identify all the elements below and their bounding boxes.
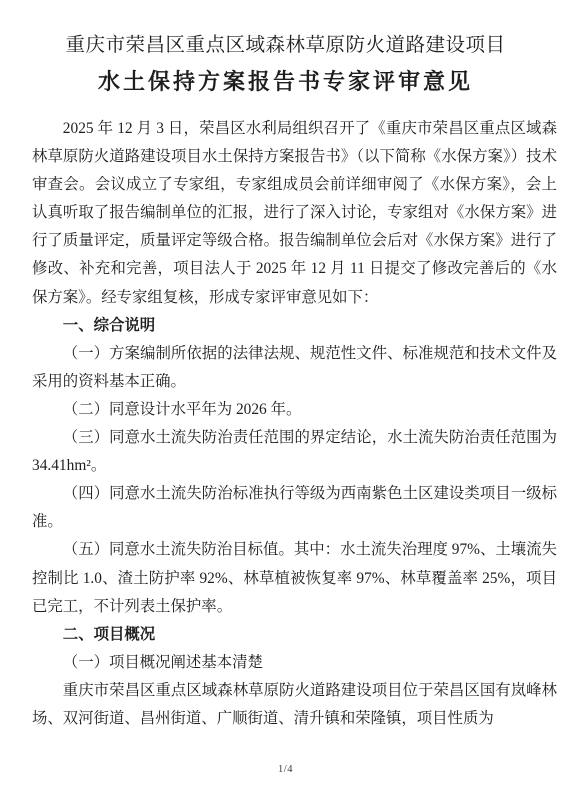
page-number: 1/4 [0,764,571,775]
document-body: 2025 年 12 月 3 日，荣昌区水利局组织召开了《重庆市荣昌区重点区域森林… [0,115,571,733]
paragraph-intro: 2025 年 12 月 3 日，荣昌区水利局组织召开了《重庆市荣昌区重点区域森林… [32,115,557,312]
item-2-1-overview-clear: （一）项目概况阐述基本清楚 [32,649,557,677]
item-1-3-responsibility-scope: （三）同意水土流失防治责任范围的界定结论，水土流失防治责任范围为 34.41hm… [32,424,557,480]
item-1-1-legal-basis: （一）方案编制所依据的法律法规、规范性文件、标准规范和技术文件及采用的资料基本正… [32,340,557,396]
document-page: 重庆市荣昌区重点区域森林草原防火道路建设项目 水土保持方案报告书专家评审意见 2… [0,0,571,786]
paragraph-project-location: 重庆市荣昌区重点区域森林草原防火道路建设项目位于荣昌区国有岚峰林场、双河街道、昌… [32,677,557,733]
section-heading-general-notes: 一、综合说明 [32,312,557,340]
section-heading-project-overview: 二、项目概况 [32,621,557,649]
document-title-main: 水土保持方案报告书专家评审意见 [12,68,559,96]
document-title-project: 重庆市荣昌区重点区域森林草原防火道路建设项目 [12,33,559,59]
item-1-2-design-year: （二）同意设计水平年为 2026 年。 [32,396,557,424]
item-1-4-standard-grade: （四）同意水土流失防治标准执行等级为西南紫色土区建设类项目一级标准。 [32,480,557,536]
item-1-5-target-values: （五）同意水土流失防治目标值。其中：水土流失治理度 97%、土壤流失控制比 1.… [32,536,557,620]
